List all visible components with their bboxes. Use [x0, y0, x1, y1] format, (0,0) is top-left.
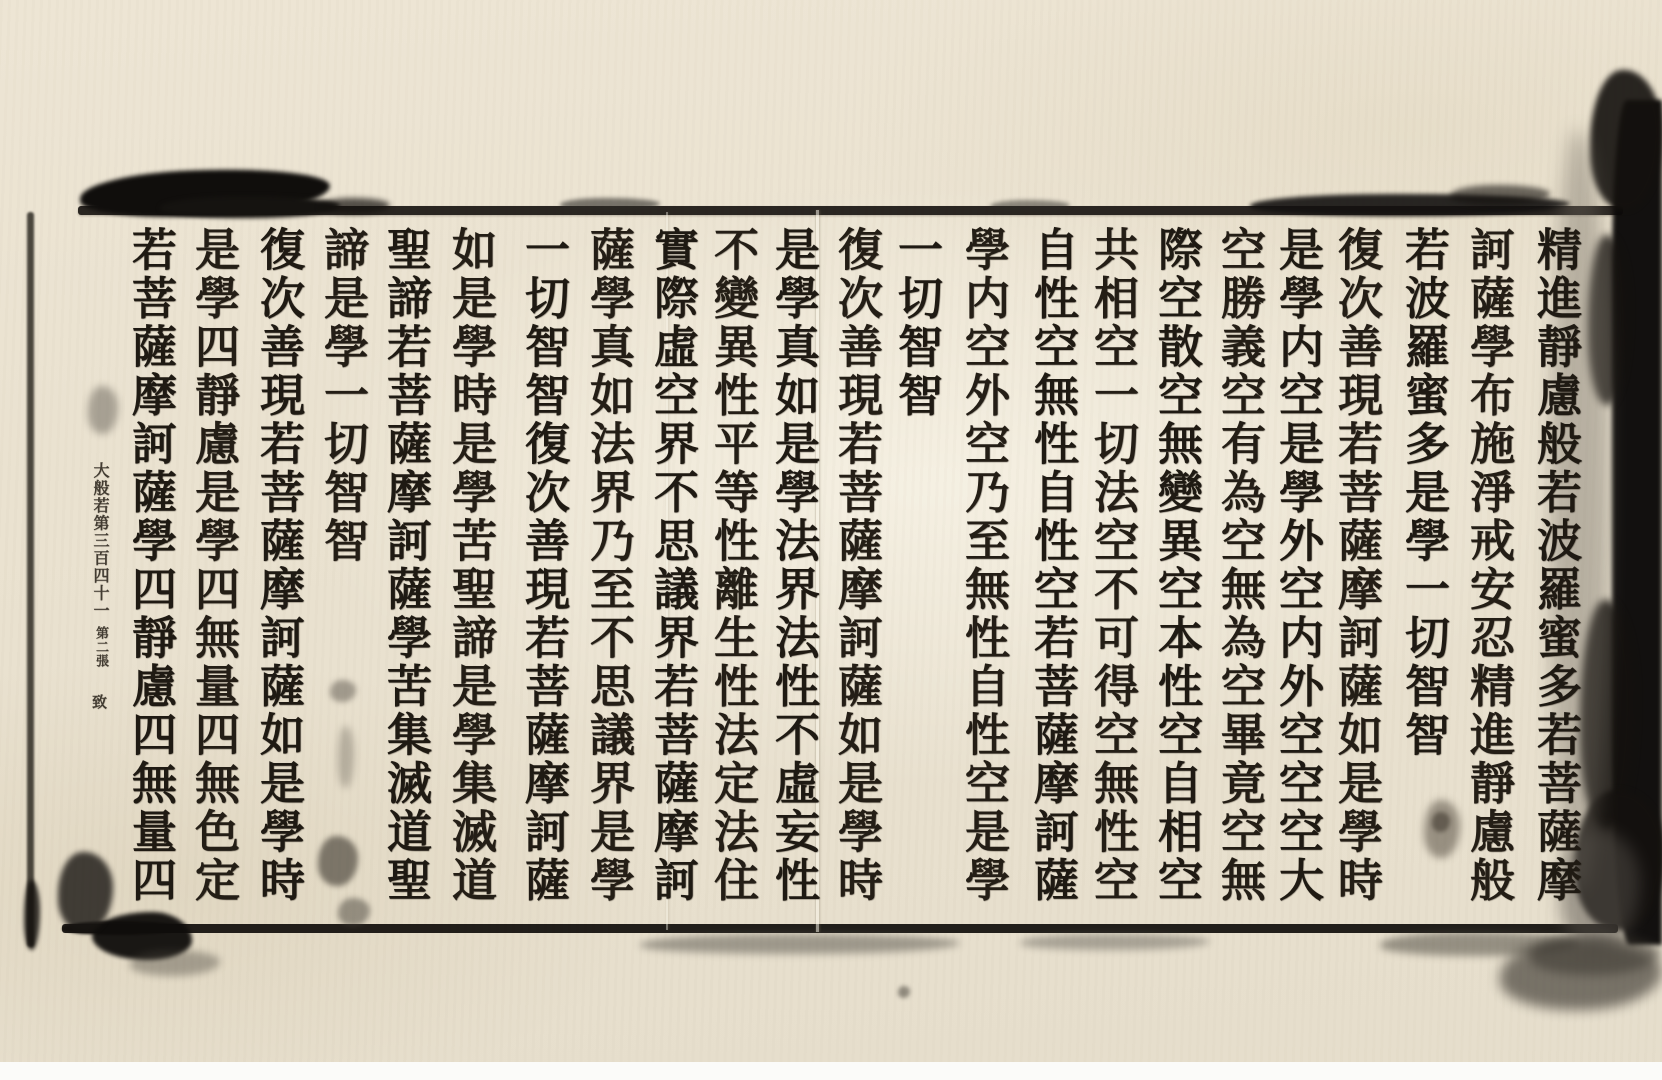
sutra-text-column: 際空散空無變異空本性空自相空: [1150, 226, 1202, 940]
sutra-text-column: 一切智智復次善現若菩薩摩訶薩: [517, 226, 569, 940]
sutra-text-column: 一切智智: [890, 226, 942, 940]
sutra-text-column: 訶薩學布施淨戒安忍精進靜慮般: [1462, 226, 1514, 940]
sutra-text-column: 共相空一切法空不可得空無性空: [1086, 226, 1138, 940]
sutra-text-column: 精進靜慮般若波羅蜜多若菩薩摩: [1529, 226, 1581, 940]
woodblock-print-scan: 精進靜慮般若波羅蜜多若菩薩摩 訶薩學布施淨戒安忍精進靜慮般 若波羅蜜多是學一切智…: [0, 0, 1662, 1080]
ink-blob-left-edge-bottom: [24, 880, 40, 950]
sutra-text-column: 復次善現若菩薩摩訶薩如是學時: [252, 226, 304, 940]
sutra-text-column: 空勝義空有為空無為空畢竟空無: [1213, 226, 1265, 940]
sutra-text-column: 不變異性平等性離生性法定法住: [706, 226, 758, 940]
margin-sheet-label: 第二張: [91, 626, 109, 668]
sutra-text-column: 薩學真如法界乃至不思議界是學: [582, 226, 634, 940]
sutra-text-column: 復次善現若菩薩摩訶薩如是學時: [830, 226, 882, 940]
sutra-text-column: 如是學時是學苦聖諦是學集滅道: [444, 226, 496, 940]
photo-background-strip: [0, 1062, 1662, 1080]
ink-smudge-margin-label: [88, 386, 118, 434]
margin-volume-label: 大般若第三百四十一: [90, 462, 110, 620]
sutra-text-column: 復次善現若菩薩摩訶薩如是學時: [1330, 226, 1382, 940]
sutra-text-column: 是學内空是學外空内外空空空大: [1271, 226, 1323, 940]
ink-smudge-bottom-left: [130, 950, 220, 976]
sutra-text-column: 實際虛空界不思議界若菩薩摩訶: [646, 226, 698, 940]
sutra-text-column: 是學真如是學法界法性不虛妄性: [767, 226, 819, 940]
ink-dot-below-border: [898, 986, 910, 998]
sutra-text-column: 是學四靜慮是學四無量四無色定: [187, 226, 239, 940]
sutra-text-column: 若波羅蜜多是學一切智智: [1397, 226, 1449, 940]
sutra-text-column: 若菩薩摩訶薩學四靜慮四無量四: [124, 226, 176, 940]
sutra-text-column: 聖諦若菩薩摩訶薩學苦集滅道聖: [379, 226, 431, 940]
left-sheet-edge-line: [27, 212, 34, 947]
sutra-text-column: 諦是學一切智智: [316, 226, 368, 940]
sutra-text-column: 自性空無性自性空若菩薩摩訶薩: [1026, 226, 1078, 940]
sutra-text-column: 學内空外空乃至無性自性空是學: [957, 226, 1009, 940]
margin-case-label: 致: [89, 694, 108, 709]
